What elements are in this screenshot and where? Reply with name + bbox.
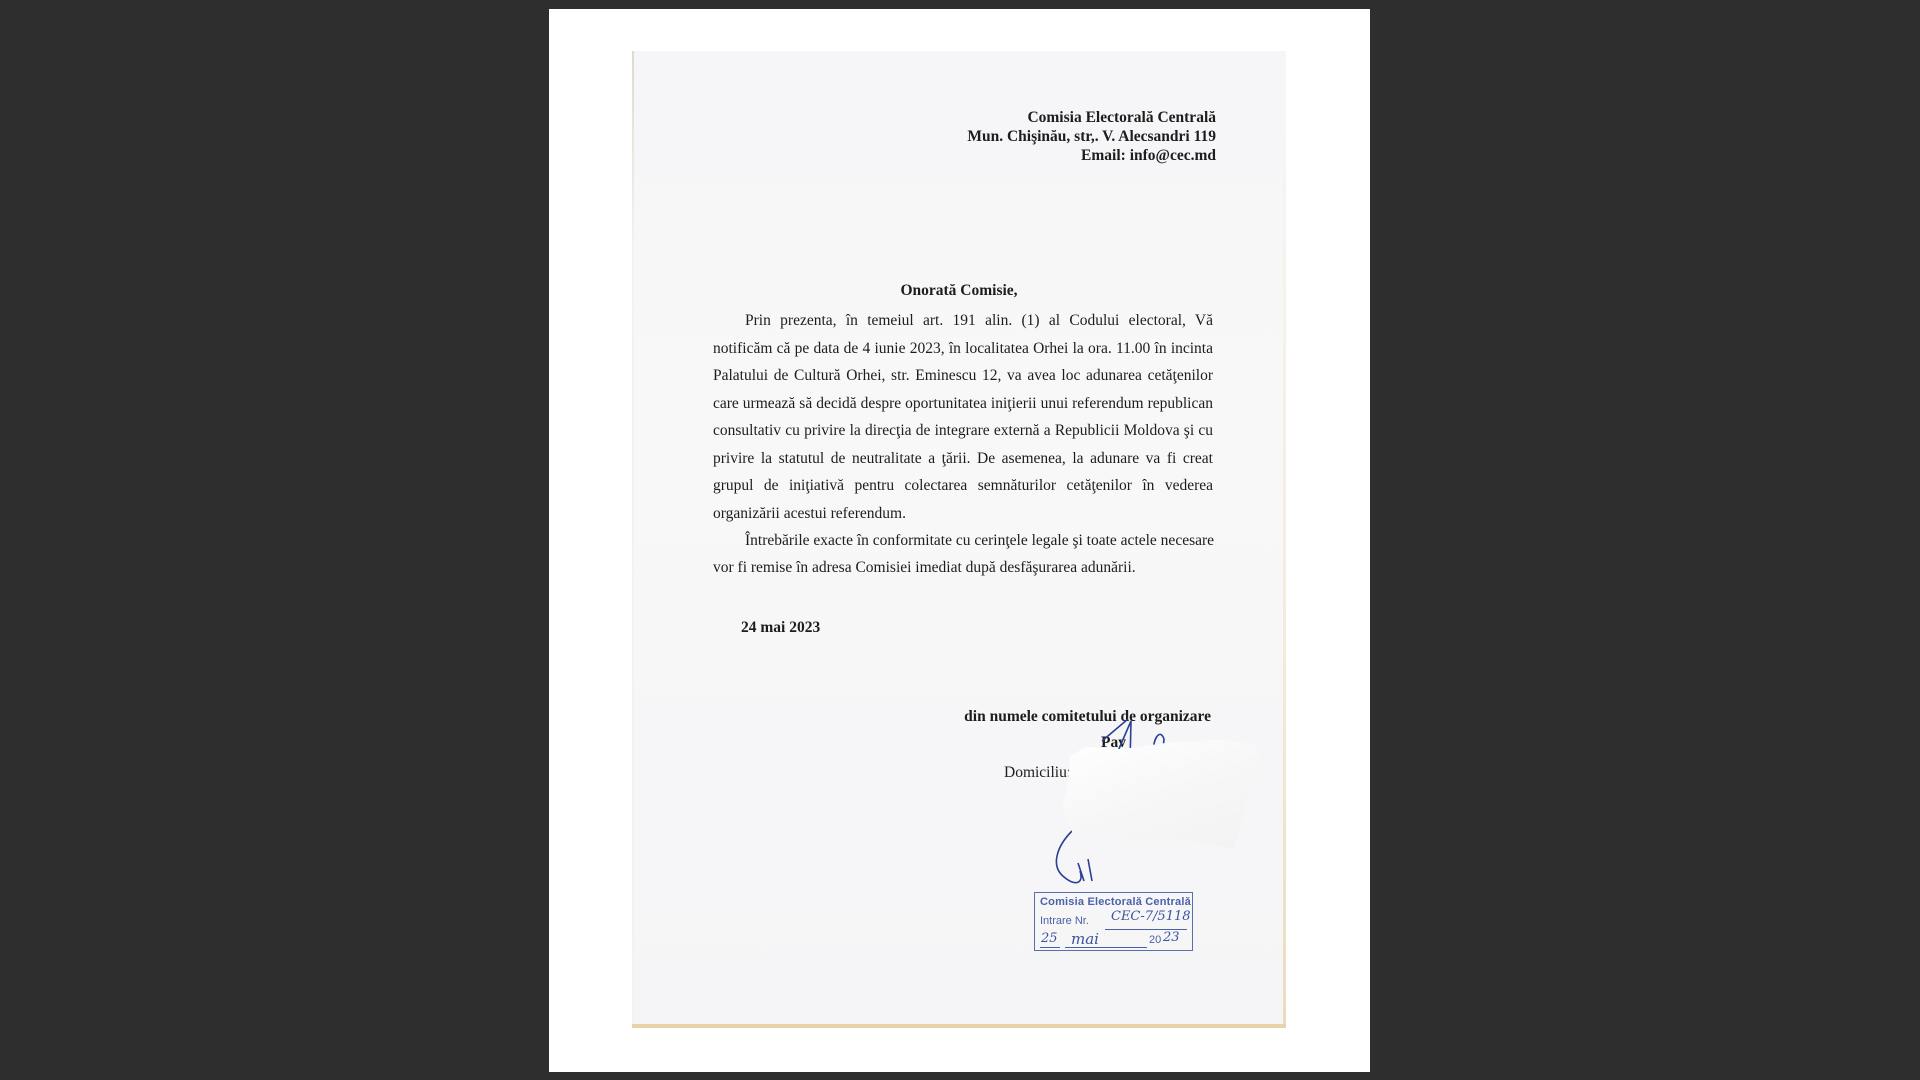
stamp-entry-label: Intrare Nr. [1040,915,1089,927]
recipient-name: Comisia Electorală Centrală [1027,110,1216,126]
redaction-paper-patch [1062,735,1262,853]
stamp-entry-number: CEC-7/5118 [1111,909,1191,924]
body-line: Palatului de Cultură Orhei, str. Eminesc… [713,368,1213,384]
body-line: organizării acestui referendum. [713,506,1213,522]
body-line: consultativ cu privire la direcţia de in… [713,423,1213,439]
body-line: grupul de iniţiativă pentru colectarea s… [713,478,1213,494]
stamp-year-prefix: 20 [1149,934,1161,946]
body-line: notificăm că pe data de 4 iunie 2023, în… [713,341,1213,357]
scanned-letter: Comisia Electorală Centrală Mun. Chişină… [632,51,1286,1028]
body-line: privire la statutul de neutralitate a ţă… [713,451,1213,467]
stamp-year-suffix: 23 [1163,930,1180,945]
stamp-month: mai [1071,930,1099,948]
domicile-label: Domiciliu: [1004,765,1071,781]
body-line: vor fi remise în adresa Comisiei imediat… [713,560,1213,576]
salutation: Onorată Comisie, [632,283,1286,299]
registration-stamp: Comisia Electorală Centrală Intrare Nr. … [1034,892,1193,951]
recipient-email: Email: info@cec.md [1081,148,1216,164]
body-line: Prin prezenta, în temeiul art. 191 alin.… [745,313,1213,329]
body-line: Întrebările exacte în conformitate cu ce… [745,533,1213,549]
recipient-address: Mun. Chişinău, str,. V. Alecsandri 119 [967,129,1216,145]
stamp-day: 25 [1041,931,1058,946]
stamp-institution: Comisia Electorală Centrală [1040,896,1191,908]
letter-date: 24 mai 2023 [741,620,820,636]
body-line: care urmează să decidă despre oportunita… [713,396,1213,412]
on-behalf-of: din numele comitetului de organizare [964,709,1211,725]
